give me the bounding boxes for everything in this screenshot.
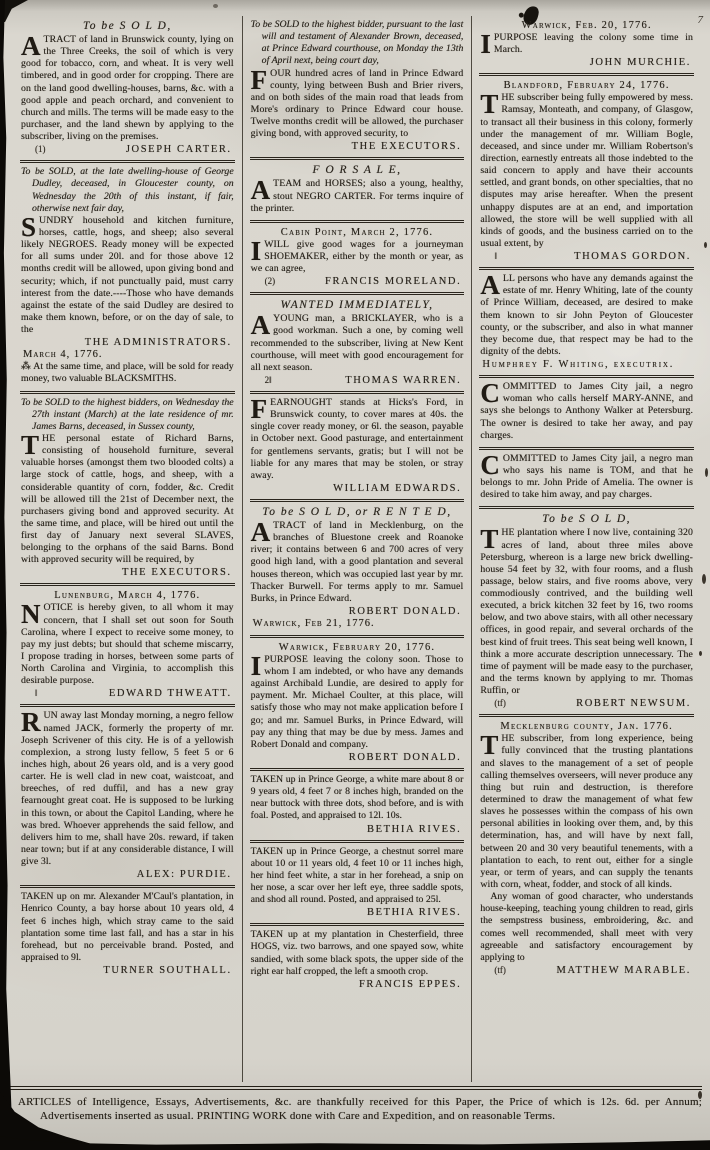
signature-name: ROBERT DONALD. xyxy=(349,752,462,763)
drop-cap: A xyxy=(251,178,274,201)
drop-cap: F xyxy=(251,397,271,420)
advertisement: F O R S A L E,ATEAM and HORSES; also a y… xyxy=(250,157,465,219)
advertisement: To be SOLD, at the late dwelling-house o… xyxy=(20,160,235,390)
advertisement: Warwick, Feb. 20, 1776.IPURPOSE leaving … xyxy=(479,16,694,73)
ad-paragraph: IPURPOSE leaving the colony soon. Those … xyxy=(251,654,464,751)
advertisement: Cabin Point, March 2, 1776.IWILL give go… xyxy=(250,220,465,292)
paper-speck xyxy=(704,242,707,248)
ad-paragraph: SUNDRY household and kitchen furniture, … xyxy=(21,215,234,336)
signature-row: JOHN MURCHIE. xyxy=(480,56,693,68)
signature-name: TURNER SOUTHALL. xyxy=(103,965,231,976)
ad-paragraph: ALL persons who have any demands against… xyxy=(480,273,693,358)
ad-text: OUR hundred acres of land in Prince Edwa… xyxy=(251,68,464,140)
newspaper-page: 7 To be S O L D,ATRACT of land in Brunsw… xyxy=(0,0,710,1150)
signature-name: FRANCIS MORELAND. xyxy=(325,276,461,287)
signature-name: THOMAS WARREN. xyxy=(345,375,461,386)
ad-paragraph: TAKEN up on mr. Alexander M'Caul's plant… xyxy=(21,891,234,964)
ad-dateline: March 4, 1776. xyxy=(21,348,234,361)
ad-dateline: Lunenburg, March 4, 1776. xyxy=(21,589,234,602)
drop-cap: A xyxy=(251,313,274,336)
ad-paragraph: Any woman of good character, who underst… xyxy=(480,891,693,964)
ad-heading: To be S O L D, xyxy=(21,19,234,34)
ad-paragraph: THE subscriber, from long experience, be… xyxy=(480,733,693,891)
page-footer: ARTICLES of Intelligence, Essays, Advert… xyxy=(10,1086,702,1145)
ad-paragraph: ATEAM and HORSES; also a young, healthy,… xyxy=(251,178,464,214)
ad-text: HE plantation where I now live, containi… xyxy=(480,527,693,696)
signature-row: ROBERT DONALD. xyxy=(251,751,464,763)
ad-paragraph: TAKEN up at my plantation in Chesterfiel… xyxy=(251,929,464,978)
signature-row: ‖EDWARD THWEATT. xyxy=(21,687,234,699)
advertisement: TAKEN up at my plantation in Chesterfiel… xyxy=(250,923,465,995)
advertisement: To be S O L D,ATRACT of land in Brunswic… xyxy=(20,16,235,160)
advertisement: To be S O L D,THE plantation where I now… xyxy=(479,506,694,714)
ad-paragraph: RUN away last Monday morning, a negro fe… xyxy=(21,710,234,868)
ad-text: OTICE is hereby given, to all whom it ma… xyxy=(21,602,234,686)
scan-edge-top xyxy=(0,0,710,11)
signature-name: ROBERT NEWSUM. xyxy=(576,698,691,709)
signature-row: WILLIAM EDWARDS. xyxy=(251,482,464,494)
advertisement: TAKEN up in Prince George, a chestnut so… xyxy=(250,840,465,924)
ad-text: EARNOUGHT stands at Hicks's Ford, in Bru… xyxy=(251,397,464,481)
advertisement: ALL persons who have any demands against… xyxy=(479,267,694,375)
ad-heading: To be S O L D, or R E N T E D, xyxy=(251,505,464,520)
drop-cap: N xyxy=(21,602,44,625)
signature-row: ‖THOMAS GORDON. xyxy=(480,250,693,262)
columns-container: To be S O L D,ATRACT of land in Brunswic… xyxy=(13,16,701,1082)
drop-cap: C xyxy=(480,453,503,476)
signature-mark: ‖ xyxy=(35,688,38,698)
drop-cap: T xyxy=(480,733,501,756)
drop-cap: C xyxy=(480,381,503,404)
signature-row: (tf)ROBERT NEWSUM. xyxy=(480,697,693,709)
signature-name: THE ADMINISTRATORS. xyxy=(85,337,232,348)
drop-cap: T xyxy=(480,527,501,550)
ad-paragraph: ATRACT of land in Mecklenburg, on the br… xyxy=(251,520,464,605)
signature-row: THE EXECUTORS. xyxy=(21,566,234,578)
ad-text: PURPOSE leaving the colony some time in … xyxy=(494,32,693,55)
drop-cap: S xyxy=(21,215,39,238)
ad-text: UN away last Monday morning, a negro fel… xyxy=(21,710,234,867)
ad-paragraph: FEARNOUGHT stands at Hicks's Ford, in Br… xyxy=(251,397,464,482)
drop-cap: F xyxy=(251,68,271,91)
ad-text: LL persons who have any demands against … xyxy=(480,273,693,357)
advertisement: RUN away last Monday morning, a negro fe… xyxy=(20,704,235,885)
advertisement: TAKEN up in Prince George, a white mare … xyxy=(250,768,465,840)
ad-paragraph: ⁂ At the same time, and place, will be s… xyxy=(21,361,234,385)
advertisement: TAKEN up on mr. Alexander M'Caul's plant… xyxy=(20,885,235,981)
ad-text: UNDRY household and kitchen furniture, h… xyxy=(21,215,234,335)
ad-intro: To be SOLD, at the late dwelling-house o… xyxy=(21,166,234,215)
ad-heading: WANTED IMMEDIATELY, xyxy=(251,298,464,313)
signature-row: 2‖THOMAS WARREN. xyxy=(251,374,464,386)
signature-mark: (tf) xyxy=(494,698,506,708)
signature-name: BETHIA RIVES. xyxy=(367,824,461,835)
ad-text: HE personal estate of Richard Barns, con… xyxy=(21,433,234,565)
paper-speck xyxy=(702,574,706,584)
signature-name: ALEX: PURDIE. xyxy=(137,869,232,880)
paper-speck xyxy=(699,651,702,656)
ad-paragraph: THE subscriber being fully empowered by … xyxy=(480,92,693,250)
paper-speck xyxy=(698,1091,702,1099)
signature-mark: (tf) xyxy=(494,965,506,975)
ad-text: TRACT of land in Brunswick county, lying… xyxy=(21,34,234,142)
ad-text: PURPOSE leaving the colony soon. Those t… xyxy=(251,654,464,750)
ad-intro: To be SOLD to the highest bidders, on We… xyxy=(21,397,234,433)
drop-cap: I xyxy=(480,32,494,55)
signature-row: (1)JOSEPH CARTER. xyxy=(21,143,234,155)
newspaper-column: To be SOLD to the highest bidder, pursua… xyxy=(242,16,472,1082)
signature-row: ROBERT DONALD. xyxy=(251,605,464,617)
signature-row: BETHIA RIVES. xyxy=(251,823,464,835)
ad-paragraph: IWILL give good wages for a journeyman S… xyxy=(251,239,464,275)
signature-name: WILLIAM EDWARDS. xyxy=(333,483,461,494)
page-body: To be S O L D,ATRACT of land in Brunswic… xyxy=(13,16,701,1082)
signature-mark: ‖ xyxy=(494,251,497,261)
advertisement: COMMITTED to James City jail, a negro ma… xyxy=(479,447,694,507)
signature-name: THE EXECUTORS. xyxy=(352,141,462,152)
signature-row: THE ADMINISTRATORS. xyxy=(21,336,234,348)
ad-intro: To be SOLD to the highest bidder, pursua… xyxy=(251,19,464,68)
drop-cap: R xyxy=(21,710,44,733)
ad-paragraph: ATRACT of land in Brunswick county, lyin… xyxy=(21,34,234,143)
drop-cap: T xyxy=(21,433,42,456)
advertisement: To be SOLD to the highest bidder, pursua… xyxy=(250,16,465,157)
advertisement: Blandford, February 24, 1776.THE subscri… xyxy=(479,73,694,267)
ad-paragraph: THE personal estate of Richard Barns, co… xyxy=(21,433,234,567)
signature-name: MATTHEW MARABLE. xyxy=(557,965,692,976)
signature-row: ALEX: PURDIE. xyxy=(21,868,234,880)
ad-paragraph: NOTICE is hereby given, to all whom it m… xyxy=(21,602,234,687)
ad-text: HE subscriber, from long experience, bei… xyxy=(480,733,693,890)
advertisement: To be SOLD to the highest bidders, on We… xyxy=(20,391,235,584)
signature-name: ROBERT DONALD. xyxy=(349,606,462,617)
ad-paragraph: AYOUNG man, a BRICKLAYER, who is a good … xyxy=(251,313,464,374)
drop-cap: A xyxy=(21,34,44,57)
signature-name: BETHIA RIVES. xyxy=(367,907,461,918)
signature-mark: 2‖ xyxy=(265,375,272,385)
signature-mark: (1) xyxy=(35,144,46,154)
signature-name: THOMAS GORDON. xyxy=(574,251,691,262)
ad-paragraph: TAKEN up in Prince George, a chestnut so… xyxy=(251,846,464,907)
advertisement: COMMITTED to James City jail, a negro wo… xyxy=(479,375,694,447)
signature-row: FRANCIS EPPES. xyxy=(251,978,464,990)
ad-dateline: Mecklenburg county, Jan. 1776. xyxy=(480,720,693,733)
signature-mark: (2) xyxy=(265,276,276,286)
advertisement: FEARNOUGHT stands at Hicks's Ford, in Br… xyxy=(250,391,465,499)
advertisement: Lunenburg, March 4, 1776.NOTICE is hereb… xyxy=(20,583,235,704)
signature-row: THE EXECUTORS. xyxy=(251,140,464,152)
paper-speck xyxy=(213,4,218,8)
ad-heading: To be S O L D, xyxy=(480,512,693,527)
advertisement: To be S O L D, or R E N T E D,ATRACT of … xyxy=(250,499,465,635)
advertisement: Warwick, February 20, 1776.IPURPOSE leav… xyxy=(250,635,465,768)
ad-dateline: Warwick, Feb 21, 1776. xyxy=(251,617,464,630)
ad-text: HE subscriber being fully empowered by m… xyxy=(480,92,693,249)
signature-name: EDWARD THWEATT. xyxy=(109,688,232,699)
drop-cap: I xyxy=(251,654,265,677)
drop-cap: T xyxy=(480,92,501,115)
ad-paragraph: FOUR hundred acres of land in Prince Edw… xyxy=(251,68,464,141)
drop-cap: A xyxy=(251,520,274,543)
ad-dateline: Warwick, Feb. 20, 1776. xyxy=(480,19,693,32)
signature-name: FRANCIS EPPES. xyxy=(359,979,461,990)
footer-notice: ARTICLES of Intelligence, Essays, Advert… xyxy=(10,1095,702,1124)
signature-byline: Humphrey F. Whiting, executrix. xyxy=(480,358,693,370)
ad-dateline: Cabin Point, March 2, 1776. xyxy=(251,226,464,239)
ad-text: OMMITTED to James City jail, a negro wom… xyxy=(480,381,693,441)
drop-cap: I xyxy=(251,239,265,262)
signature-row: (tf)MATTHEW MARABLE. xyxy=(480,964,693,976)
ad-paragraph: TAKEN up in Prince George, a white mare … xyxy=(251,774,464,823)
ad-text: YOUNG man, a BRICKLAYER, who is a good w… xyxy=(251,313,464,373)
signature-name: JOHN MURCHIE. xyxy=(590,57,691,68)
ad-paragraph: COMMITTED to James City jail, a negro wo… xyxy=(480,381,693,442)
drop-cap: A xyxy=(480,273,503,296)
advertisement: Mecklenburg county, Jan. 1776.THE subscr… xyxy=(479,714,694,981)
ad-text: TEAM and HORSES; also a young, healthy, … xyxy=(251,178,464,213)
ad-dateline: Blandford, February 24, 1776. xyxy=(480,79,693,92)
signature-name: THE EXECUTORS. xyxy=(122,567,232,578)
signature-row: TURNER SOUTHALL. xyxy=(21,964,234,976)
ad-dateline: Warwick, February 20, 1776. xyxy=(251,641,464,654)
ad-paragraph: COMMITTED to James City jail, a negro ma… xyxy=(480,453,693,502)
paper-speck xyxy=(705,468,708,477)
ad-heading: F O R S A L E, xyxy=(251,163,464,178)
signature-name: JOSEPH CARTER. xyxy=(126,144,232,155)
ad-text: OMMITTED to James City jail, a negro man… xyxy=(480,453,693,500)
newspaper-column: To be S O L D,ATRACT of land in Brunswic… xyxy=(13,16,242,1082)
signature-row: BETHIA RIVES. xyxy=(251,906,464,918)
signature-row: (2)FRANCIS MORELAND. xyxy=(251,275,464,287)
ad-paragraph: THE plantation where I now live, contain… xyxy=(480,527,693,697)
scan-edge-left xyxy=(0,0,13,1150)
ad-text: TRACT of land in Mecklenburg, on the bra… xyxy=(251,520,464,604)
ad-text: WILL give good wages for a journeyman SH… xyxy=(251,239,464,274)
newspaper-column: Warwick, Feb. 20, 1776.IPURPOSE leaving … xyxy=(471,16,701,1082)
ad-paragraph: IPURPOSE leaving the colony some time in… xyxy=(480,32,693,56)
advertisement: WANTED IMMEDIATELY,AYOUNG man, a BRICKLA… xyxy=(250,292,465,391)
